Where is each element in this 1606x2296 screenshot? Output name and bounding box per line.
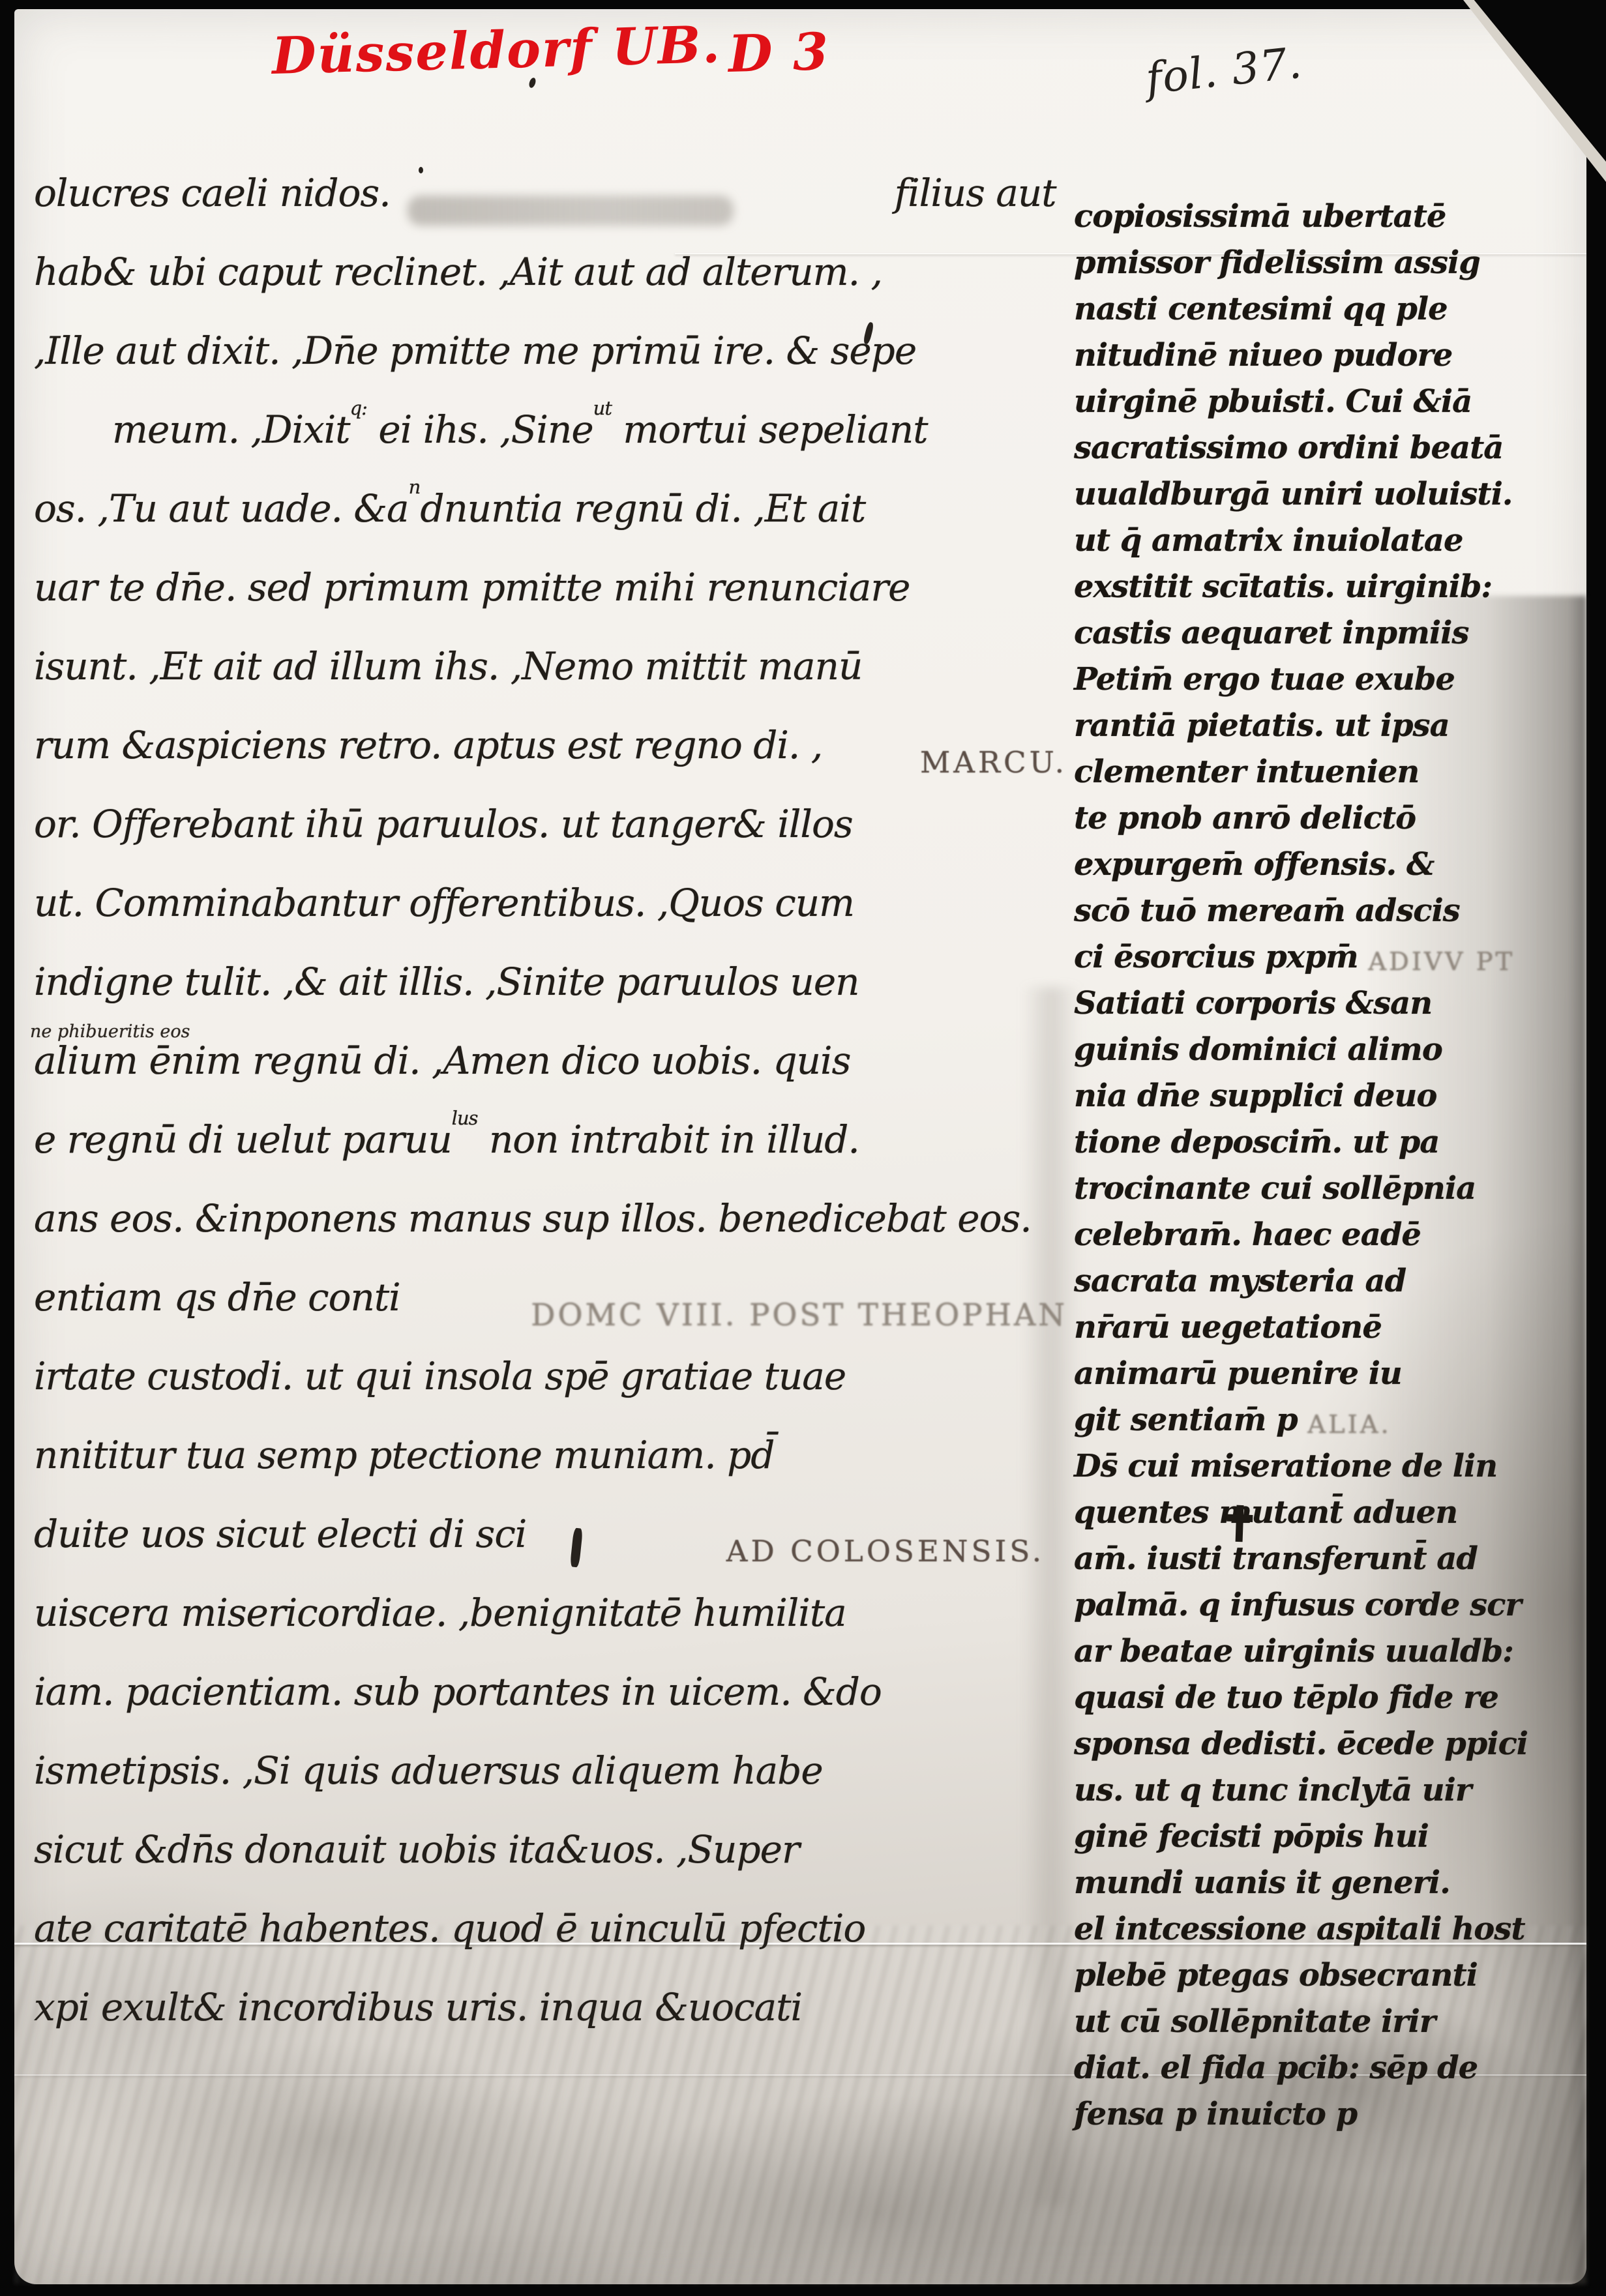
- manuscript-line: sacratissimo ordini beatā: [1074, 430, 1589, 476]
- shelfmark-text: D 3: [728, 22, 830, 84]
- manuscript-line: Ds̄ cui miseratione de lin: [1074, 1448, 1589, 1494]
- faded-rubric-label: ADIVV PT: [1368, 947, 1515, 977]
- text-segment: ci ēsorcius pxpm̄: [1074, 939, 1368, 985]
- text-segment: nitudinē niueo pudore: [1074, 337, 1452, 383]
- main-text-column: olucres caeli nidos.filius aut hab& ubi …: [34, 171, 1067, 2064]
- text-segment: non intrabit in illud.: [478, 1117, 859, 1196]
- superscript-correction: q:: [350, 397, 367, 476]
- superscript-correction: ut: [593, 397, 612, 476]
- manuscript-line: irtate custodi. ut qui insola spē gratia…: [34, 1354, 1067, 1433]
- manuscript-line: ci ēsorcius pxpm̄ ADIVV PT: [1074, 939, 1589, 985]
- text-segment: meum. ,Dixit: [112, 407, 350, 486]
- manuscript-line: ut cū sollēpnitate irir: [1074, 2003, 1589, 2050]
- manuscript-line: te pnob anrō delictō: [1074, 800, 1589, 846]
- text-segment: trocinante cui sollēpnia: [1074, 1170, 1476, 1216]
- manuscript-line: celebram̄. haec eadē: [1074, 1216, 1589, 1263]
- library-annotation: Düsseldorf UB.: [271, 15, 722, 86]
- manuscript-line: git sentiam̄ p ALIA.: [1074, 1402, 1589, 1448]
- text-segment: mundi uanis it generi.: [1074, 1864, 1450, 1911]
- manuscript-line: os. ,Tu aut uade. &andnuntia regnū di. ,…: [34, 486, 1067, 565]
- manuscript-line: trocinante cui sollēpnia: [1074, 1170, 1589, 1216]
- manuscript-line: ate caritatē habentes. quod ē uinculū pf…: [34, 1906, 1067, 1985]
- manuscript-line: xpi exult& incordibus uris. inqua &uocat…: [34, 1985, 1067, 2064]
- manuscript-line: expurgem̄ offensis. &: [1074, 846, 1589, 892]
- text-segment: uirginē pbuisti. Cui &iā: [1074, 383, 1472, 430]
- text-segment: exstitit scītatis. uirginib:: [1074, 568, 1492, 615]
- text-segment: mortui sepeliant: [612, 407, 928, 486]
- text-segment: e regnū di uelut paruu: [34, 1117, 452, 1196]
- rubric-label: AD COLOSENSIS.: [726, 1534, 1045, 1568]
- text-segment: sacrata mysteria ad: [1074, 1263, 1406, 1309]
- manuscript-line: e regnū di uelut paruulus non intrabit i…: [34, 1117, 1067, 1196]
- manuscript-line: guinis dominici alimo: [1074, 1031, 1589, 1078]
- text-segment: ar beatae uirginis uualdb:: [1074, 1633, 1513, 1679]
- text-segment: uar te dn̄e. sed primum pmitte mihi renu…: [34, 565, 910, 644]
- folio-number: fol. 37.: [1144, 38, 1305, 104]
- text-segment: te pnob anrō delictō: [1074, 800, 1416, 846]
- manuscript-line: el intcessione aspitali host: [1074, 1911, 1589, 1957]
- side-text-column: copiosissimā ubertatēpmissor fidelissim …: [1074, 198, 1589, 2142]
- faded-rubric-label: ALIA.: [1307, 1410, 1391, 1439]
- text-segment: nnititur tua semp ptectione muniam. pd̄: [34, 1433, 774, 1512]
- manuscript-line: us. ut q tunc inclytā uir: [1074, 1772, 1589, 1818]
- manuscript-line: meum. ,Dixitq: ei ihs. ,Sineut mortui se…: [34, 407, 1067, 486]
- manuscript-line: iam. pacientiam. sub portantes in uicem.…: [34, 1670, 1067, 1748]
- manuscript-line: ar beatae uirginis uualdb:: [1074, 1633, 1589, 1679]
- manuscript-line: uar te dn̄e. sed primum pmitte mihi renu…: [34, 565, 1067, 644]
- manuscript-line: rantiā pietatis. ut ipsa: [1074, 707, 1589, 754]
- manuscript-line: sicut &dn̄s donauit uobis ita&uos. ,Supe…: [34, 1827, 1067, 1906]
- text-segment: tione deposcim̄. ut pa: [1074, 1124, 1439, 1170]
- text-segment: Satiati corporis &san: [1074, 985, 1432, 1031]
- manuscript-line: nnititur tua semp ptectione muniam. pd̄: [34, 1433, 1067, 1512]
- manuscript-line: isunt. ,Et ait ad illum ihs. ,Nemo mitti…: [34, 644, 1067, 723]
- text-segment: irtate custodi. ut qui insola spē gratia…: [34, 1354, 846, 1433]
- manuscript-line: nitudinē niueo pudore: [1074, 337, 1589, 383]
- manuscript-line: entiam qs dn̄e contiDOMC VIII. POST THEO…: [34, 1275, 1067, 1354]
- manuscript-line: scō tuō meream̄ adscis: [1074, 892, 1589, 939]
- text-segment: am̄. iusti transferunt̄ ad: [1074, 1540, 1478, 1587]
- text-segment: ut. Comminabantur offerentibus. ,Quos cu…: [34, 881, 854, 960]
- text-segment: [1045, 1512, 1067, 1591]
- manuscript-line: olucres caeli nidos.filius aut: [34, 171, 1067, 250]
- manuscript-line: tione deposcim̄. ut pa: [1074, 1124, 1589, 1170]
- text-segment: rum &aspiciens retro. aptus est regno di…: [34, 723, 822, 802]
- cross-mark: ✝: [1219, 1496, 1261, 1553]
- manuscript-line: pmissor fidelissim assig: [1074, 244, 1589, 291]
- text-segment: nia dn̄e supplici deuo: [1074, 1078, 1436, 1124]
- text-segment: sacratissimo ordini beatā: [1074, 430, 1503, 476]
- text-segment: copiosissimā ubertatē: [1074, 198, 1446, 244]
- text-segment: expurgem̄ offensis. &: [1074, 846, 1434, 892]
- superscript-correction: n: [409, 476, 421, 555]
- text-segment: olucres caeli nidos.: [34, 171, 391, 250]
- manuscript-line: diat. el fida pcib: sēp de: [1074, 2050, 1589, 2096]
- text-segment: alium ēnim regnū di. ,Amen dico uobis. q…: [34, 1038, 850, 1117]
- erasure-mark: [408, 196, 734, 226]
- text-segment: us. ut q tunc inclytā uir: [1074, 1772, 1471, 1818]
- superscript-correction: lus: [452, 1107, 478, 1186]
- manuscript-line: Petim̄ ergo tuae exube: [1074, 661, 1589, 707]
- line-gap: [526, 1512, 726, 1591]
- manuscript-line: nasti centesimi qq ple: [1074, 291, 1589, 337]
- text-segment: filius aut: [895, 171, 1067, 250]
- manuscript-line: clementer intuenien: [1074, 754, 1589, 800]
- manuscript-line: ans eos. &inponens manus sup illos. bene…: [34, 1196, 1067, 1275]
- text-segment: ut cū sollēpnitate irir: [1074, 2003, 1435, 2050]
- interlinear-gloss: ne phibueritis eos: [30, 1022, 190, 1042]
- text-segment: scō tuō meream̄ adscis: [1074, 892, 1460, 939]
- rubric-label: MARCU.: [920, 745, 1067, 780]
- line-gap: [751, 171, 895, 250]
- text-segment: rantiā pietatis. ut ipsa: [1074, 707, 1450, 754]
- manuscript-line: uirginē pbuisti. Cui &iā: [1074, 383, 1589, 430]
- manuscript-line: palmā. q infusus corde scr: [1074, 1587, 1589, 1633]
- text-segment: or. Offerebant ihū paruulos. ut tanger& …: [34, 802, 853, 881]
- text-segment: iam. pacientiam. sub portantes in uicem.…: [34, 1670, 882, 1748]
- manuscript-line: ginē fecisti pōpis hui: [1074, 1818, 1589, 1864]
- manuscript-line: hab& ubi caput reclinet. ,Ait aut ad alt…: [34, 250, 1067, 329]
- text-segment: guinis dominici alimo: [1074, 1031, 1442, 1078]
- text-segment: ginē fecisti pōpis hui: [1074, 1818, 1429, 1864]
- text-segment: castis aequaret inpmiis: [1074, 615, 1468, 661]
- text-segment: uualdburgā uniri uoluisti.: [1074, 476, 1513, 522]
- manuscript-line: nia dn̄e supplici deuo: [1074, 1078, 1589, 1124]
- text-segment: dnuntia regnū di. ,Et ait: [420, 486, 865, 565]
- manuscript-line: copiosissimā ubertatē: [1074, 198, 1589, 244]
- manuscript-page: Düsseldorf UB. D 3 fol. 37. olucres cael…: [14, 9, 1586, 2284]
- text-segment: isunt. ,Et ait ad illum ihs. ,Nemo mitti…: [34, 644, 862, 723]
- manuscript-line: ut q̄ amatrix inuiolatae: [1074, 522, 1589, 568]
- manuscript-line: ,Ille aut dixit. ,Dn̄e pmitte me primū i…: [34, 329, 1067, 407]
- manuscript-line: or. Offerebant ihū paruulos. ut tanger& …: [34, 802, 1067, 881]
- text-segment: ismetipsis. ,Si quis aduersus aliquem ha…: [34, 1748, 823, 1827]
- library-annotation-text: Düsseldorf UB.: [271, 15, 722, 86]
- manuscript-line: fensa p inuicto p: [1074, 2096, 1589, 2142]
- text-segment: celebram̄. haec eadē: [1074, 1216, 1421, 1263]
- manuscript-line: quasi de tuo tēplo fide re: [1074, 1679, 1589, 1726]
- text-segment: Petim̄ ergo tuae exube: [1074, 661, 1455, 707]
- text-segment: nasti centesimi qq ple: [1074, 291, 1448, 337]
- text-segment: os. ,Tu aut uade. &a: [34, 486, 409, 565]
- text-segment: sicut &dn̄s donauit uobis ita&uos. ,Supe…: [34, 1827, 799, 1906]
- text-segment: ,Ille aut dixit. ,Dn̄e pmitte me primū i…: [34, 329, 916, 407]
- text-segment: ate caritatē habentes. quod ē uinculū pf…: [34, 1906, 865, 1985]
- manuscript-line: mundi uanis it generi.: [1074, 1864, 1589, 1911]
- text-segment: diat. el fida pcib: sēp de: [1074, 2050, 1478, 2096]
- text-segment: clementer intuenien: [1074, 754, 1419, 800]
- text-segment: git sentiam̄ p: [1074, 1402, 1307, 1448]
- text-segment: xpi exult& incordibus uris. inqua &uocat…: [34, 1985, 802, 2064]
- faded-rubric-label: DOMC VIII. POST THEOPHAN: [531, 1297, 1067, 1332]
- manuscript-line: am̄. iusti transferunt̄ ad: [1074, 1540, 1589, 1587]
- manuscript-line: castis aequaret inpmiis: [1074, 615, 1589, 661]
- line-gap: [400, 1275, 531, 1354]
- manuscript-line: animarū puenire iu: [1074, 1355, 1589, 1402]
- shelfmark-annotation: D 3: [728, 22, 830, 84]
- text-segment: ut q̄ amatrix inuiolatae: [1074, 522, 1463, 568]
- text-segment: fensa p inuicto p: [1074, 2096, 1357, 2142]
- manuscript-line: plebē ptegas obsecranti: [1074, 1957, 1589, 2003]
- text-segment: uiscera misericordiae. ,benignitatē humi…: [34, 1591, 846, 1670]
- folio-number-text: fol. 37.: [1144, 38, 1305, 104]
- text-segment: quasi de tuo tēplo fide re: [1074, 1679, 1498, 1726]
- manuscript-line: ne phibueritis eosalium ēnim regnū di. ,…: [34, 1038, 1067, 1117]
- text-segment: el intcessione aspitali host: [1074, 1911, 1524, 1957]
- text-segment: nr̄arū uegetationē: [1074, 1309, 1382, 1355]
- text-segment: animarū puenire iu: [1074, 1355, 1402, 1402]
- text-segment: duite uos sicut electi di sci: [34, 1512, 526, 1591]
- text-segment: palmā. q infusus corde scr: [1074, 1587, 1521, 1633]
- text-segment: Ds̄ cui miseratione de lin: [1074, 1448, 1497, 1494]
- text-segment: quentes mutant̄ aduen: [1074, 1494, 1457, 1540]
- text-segment: entiam qs dn̄e conti: [34, 1275, 400, 1354]
- manuscript-line: ut. Comminabantur offerentibus. ,Quos cu…: [34, 881, 1067, 960]
- manuscript-line: sponsa dedisti. ēcede ppici: [1074, 1726, 1589, 1772]
- line-gap: [822, 723, 920, 802]
- text-segment: sponsa dedisti. ēcede ppici: [1074, 1726, 1528, 1772]
- manuscript-line: duite uos sicut electi di sciAD COLOSENS…: [34, 1512, 1067, 1591]
- text-segment: ans eos. &inponens manus sup illos. bene…: [34, 1196, 1032, 1275]
- manuscript-line: rum &aspiciens retro. aptus est regno di…: [34, 723, 1067, 802]
- manuscript-line: uiscera misericordiae. ,benignitatē humi…: [34, 1591, 1067, 1670]
- manuscript-line: uualdburgā uniri uoluisti.: [1074, 476, 1589, 522]
- manuscript-line: sacrata mysteria ad: [1074, 1263, 1589, 1309]
- manuscript-line: ismetipsis. ,Si quis aduersus aliquem ha…: [34, 1748, 1067, 1827]
- photo-frame: Düsseldorf UB. D 3 fol. 37. olucres cael…: [0, 0, 1606, 2296]
- text-segment: ei ihs. ,Sine: [367, 407, 593, 486]
- text-segment: hab& ubi caput reclinet. ,Ait aut ad alt…: [34, 250, 882, 329]
- text-segment: pmissor fidelissim assig: [1074, 244, 1480, 291]
- manuscript-line: Satiati corporis &san: [1074, 985, 1589, 1031]
- manuscript-line: nr̄arū uegetationē: [1074, 1309, 1589, 1355]
- manuscript-line: exstitit scītatis. uirginib:: [1074, 568, 1589, 615]
- text-segment: plebē ptegas obsecranti: [1074, 1957, 1478, 2003]
- manuscript-line: quentes mutant̄ aduen: [1074, 1494, 1589, 1540]
